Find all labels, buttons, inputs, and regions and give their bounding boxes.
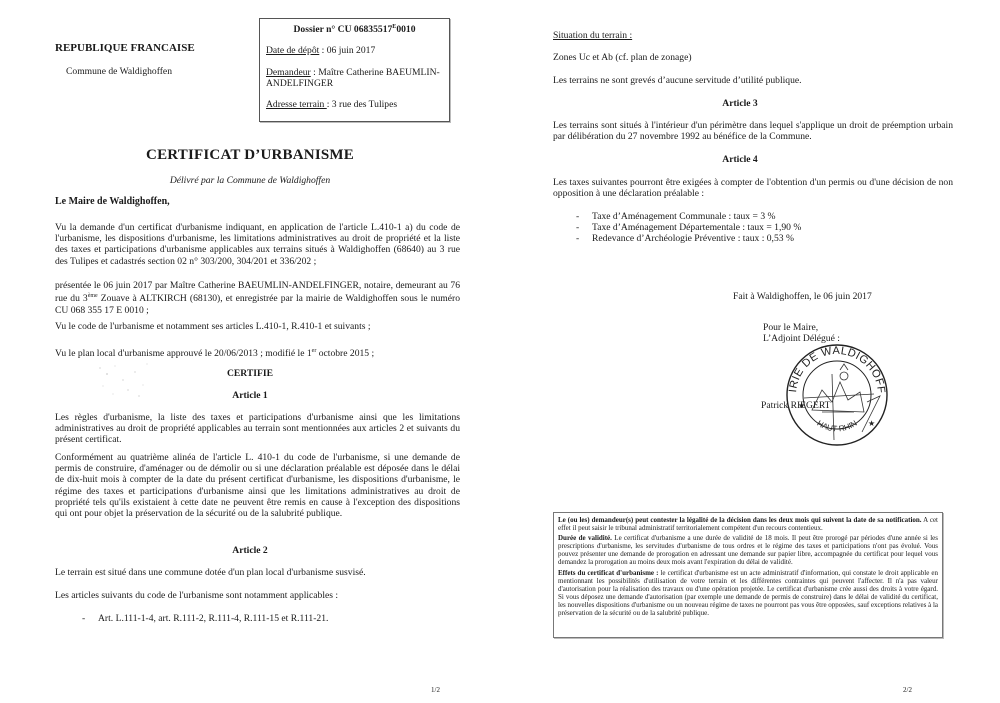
dossier-number: Dossier n° CU 06835517E0010 — [266, 22, 443, 35]
zones-text: Zones Uc et Ab (cf. plan de zonage) — [553, 52, 692, 63]
certifie-heading: CERTIFIE — [0, 368, 500, 379]
document-page-1: REPUBLIQUE FRANCAISE Commune de Waldigho… — [0, 0, 500, 703]
commune-name: Commune de Waldighoffen — [66, 66, 172, 77]
land-address-value: : 3 rue des Tulipes — [327, 99, 397, 110]
notice-effets: Effets du certificat d'urbanisme : le ce… — [558, 569, 938, 618]
paragraph-conformement: Conformément au quatrième alinéa de l'ar… — [55, 452, 460, 519]
mairie-stamp-icon: MAIRIE DE WALDIGHOFFEN HAUT-RHIN ★ ★ — [782, 340, 892, 450]
tax-text: Taxe d’Aménagement Départementale : taux… — [592, 222, 801, 233]
notice-duree-bold: Durée de validité. — [558, 534, 612, 542]
article-3-heading: Article 3 — [520, 98, 960, 109]
article-2-text: Le terrain est situé dans une commune do… — [55, 567, 366, 578]
dossier-number-end: 0010 — [396, 24, 415, 35]
svg-text:★: ★ — [868, 419, 875, 428]
notice-recours-bold: Le (ou les) demandeur(s) peut contester … — [558, 516, 922, 524]
mayor-heading: Le Maire de Waldighoffen, — [55, 196, 170, 207]
paragraph-vu-plan: Vu le plan local d'urbanisme approuvé le… — [55, 346, 374, 359]
tax-text: Taxe d’Aménagement Communale : taux = 3 … — [592, 211, 776, 222]
article-4-text: Les taxes suivantes pourront être exigée… — [553, 177, 953, 199]
notice-effets-bold: Effets du certificat d'urbanisme : — [558, 569, 658, 577]
signatory-name: Patrick RIEGERT — [761, 400, 831, 411]
article-2-heading: Article 2 — [0, 545, 500, 556]
svg-text:HAUT-RHIN: HAUT-RHIN — [815, 419, 858, 434]
notice-duree-text: Le certificat d'urbanisme a une durée de… — [558, 534, 938, 566]
notice-recours: Le (ou les) demandeur(s) peut contester … — [558, 516, 938, 532]
page-number: 2/2 — [903, 686, 912, 694]
svg-text:MAIRIE DE WALDIGHOFFEN: MAIRIE DE WALDIGHOFFEN — [782, 340, 887, 394]
paragraph-presentee: présentée le 06 juin 2017 par Maître Cat… — [55, 280, 460, 316]
signature-place-date: Fait à Waldighoffen, le 06 juin 2017 — [733, 291, 872, 302]
tax-text: Redevance d’Archéologie Préventive : tau… — [592, 233, 794, 244]
article-4-heading: Article 4 — [520, 154, 960, 165]
deposit-date-value: : 06 juin 2017 — [319, 45, 375, 56]
list-dash: - — [576, 211, 592, 222]
vu-plan-part-b: octobre 2015 ; — [316, 348, 374, 359]
applicant: Demandeur : Maître Catherine BAEUMLIN-AN… — [266, 67, 443, 89]
deposit-date-label: Date de dépôt — [266, 45, 319, 56]
deposit-date: Date de dépôt : 06 juin 2017 — [266, 45, 443, 56]
republic-heading: REPUBLIQUE FRANCAISE — [55, 42, 195, 54]
legal-notice-box: Le (ou les) demandeur(s) peut contester … — [553, 512, 943, 638]
tax-item: -Taxe d’Aménagement Communale : taux = 3… — [576, 211, 801, 222]
document-page-2: Situation du terrain : Zones Uc et Ab (c… — [520, 0, 1000, 703]
document-title: CERTIFICAT D’URBANISME — [0, 147, 500, 164]
article-1-heading: Article 1 — [0, 390, 500, 401]
taxes-list: -Taxe d’Aménagement Communale : taux = 3… — [576, 211, 801, 245]
articles-intro: Les articles suivants du code de l'urban… — [55, 590, 338, 601]
for-mayor: Pour le Maire, — [763, 322, 818, 333]
presentee-sup: ème — [88, 293, 98, 299]
paragraph-vu-code: Vu le code de l'urbanisme et notamment s… — [55, 321, 371, 332]
articles-list-item: -Art. L.111-1-4, art. R.111-2, R.111-4, … — [82, 613, 328, 624]
presentee-part-b: Zouave à ALTKIRCH (68130), et enregistré… — [55, 293, 460, 315]
vu-plan-part-a: Vu le plan local d'urbanisme approuvé le… — [55, 348, 312, 359]
tax-item: -Redevance d’Archéologie Préventive : ta… — [576, 233, 801, 244]
article-3-text: Les terrains sont situés à l'intérieur d… — [553, 120, 953, 142]
land-address-label: Adresse terrain — [266, 99, 327, 110]
situation-label: Situation du terrain : — [553, 30, 632, 41]
list-dash: - — [576, 233, 592, 244]
list-dash: - — [82, 613, 98, 624]
page-number: 1/2 — [431, 686, 440, 694]
land-address: Adresse terrain : 3 rue des Tulipes — [266, 99, 443, 110]
dossier-box: Dossier n° CU 06835517E0010 Date de dépô… — [259, 18, 450, 122]
servitude-text: Les terrains ne sont grevés d’aucune ser… — [553, 75, 802, 86]
tax-item: -Taxe d’Aménagement Départementale : tau… — [576, 222, 801, 233]
notice-effets-text: le certificat d'urbanisme est un acte ad… — [558, 569, 938, 617]
articles-list-text: Art. L.111-1-4, art. R.111-2, R.111-4, R… — [98, 613, 328, 624]
dossier-number-main: Dossier n° CU 06835517 — [293, 24, 392, 35]
document-subtitle: Délivré par la Commune de Waldighoffen — [0, 175, 500, 186]
notice-duree: Durée de validité. Le certificat d'urban… — [558, 534, 938, 566]
applicant-label: Demandeur — [266, 67, 311, 78]
paragraph-vu-demande: Vu la demande d'un certificat d'urbanism… — [55, 222, 460, 267]
list-dash: - — [576, 222, 592, 233]
article-1-text: Les règles d'urbanisme, la liste des tax… — [55, 412, 460, 446]
